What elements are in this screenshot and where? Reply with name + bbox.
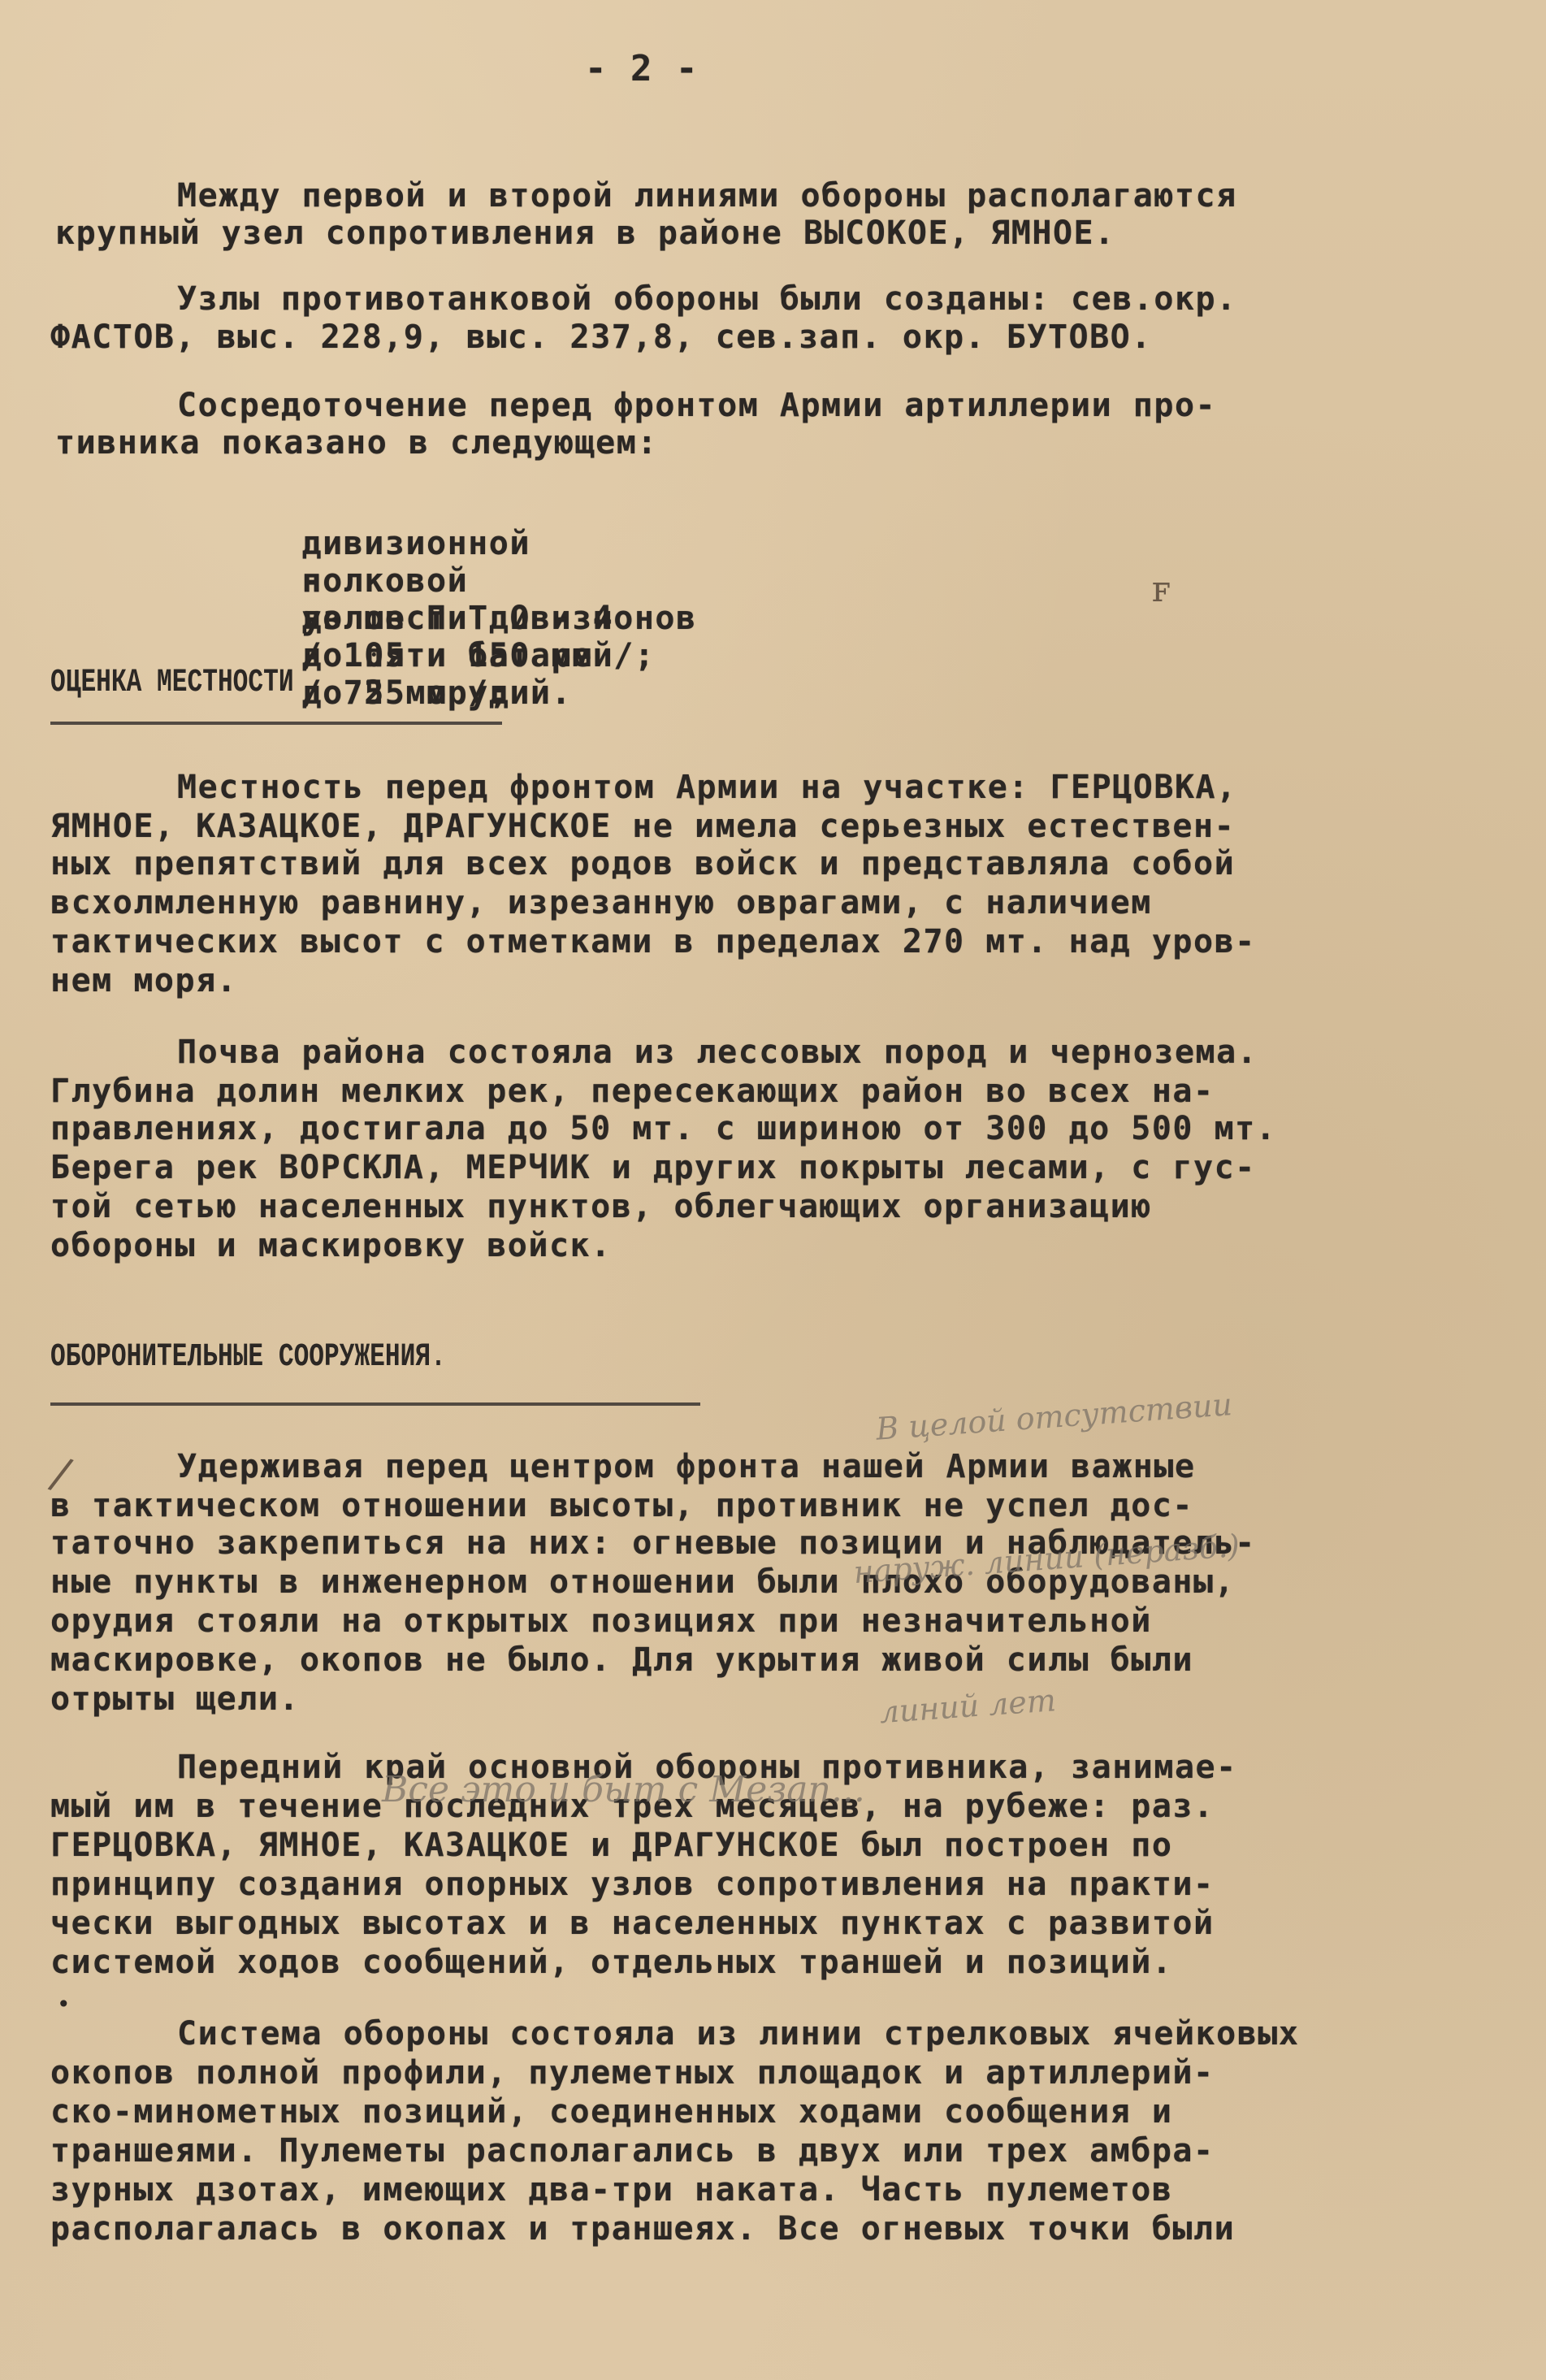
text-line: траншеями. Пулеметы располагались в двух…	[50, 2132, 1215, 2170]
text-line: отрыты щели.	[50, 1680, 300, 1718]
section-heading-terrain: ОЦЕНКА МЕСТНОСТИ .	[50, 665, 324, 701]
text-line: тивника показано в следующем:	[55, 424, 658, 462]
text-line: нем моря.	[50, 962, 237, 999]
text-line: той сетью населенных пунктов, облегчающи…	[50, 1188, 1152, 1225]
text-line: ЯМНОЕ, КАЗАЦКОЕ, ДРАГУНСКОЕ не имела сер…	[50, 808, 1235, 845]
paragraph-defense-system: Система обороны состояла из линии стрелк…	[0, 0, 83, 299]
handwritten-line: линий лет	[878, 1663, 1254, 1736]
handwritten-inline-note: Все это и быт с Мезап...	[382, 1689, 865, 1892]
text-line: обороны и маскировку войск.	[50, 1227, 612, 1264]
text-line: крупный узел сопротивления в районе ВЫСО…	[55, 215, 1115, 252]
text-line: окопов полной профили, пулеметных площад…	[50, 2054, 1215, 2092]
text-line: Между первой и второй линиями обороны ра…	[177, 177, 1237, 215]
handwritten-line: В целой отсутствии	[874, 1381, 1233, 1453]
heading-underline	[50, 1402, 700, 1406]
handwritten-line: наруж. линии (неразб.)	[852, 1522, 1244, 1596]
page-number: - 2 -	[585, 50, 699, 88]
text-line: Сосредоточение перед фронтом Армии артил…	[177, 387, 1216, 424]
text-line: тактических высот с отметками в пределах…	[50, 923, 1256, 960]
artillery-type: узлов П Т О - 4	[302, 600, 614, 637]
text-line: Система обороны состояла из линии стрелк…	[177, 2015, 1299, 2053]
section-heading-defenses: ОБОРОНИТЕЛЬНЫЕ СООРУЖЕНИЯ.	[50, 1339, 446, 1376]
document-page: - 2 - Между первой и второй линиями обор…	[0, 0, 1546, 2380]
text-line: зурных дзотах, имеющих два-три наката. Ч…	[50, 2171, 1172, 2209]
text-line: Местность перед фронтом Армии на участке…	[177, 769, 1237, 806]
handwritten-margin-note: В целой отсутствии наруж. линии (неразб.…	[868, 1286, 1260, 1828]
pencil-check-mark-icon: ꜰ	[1152, 569, 1171, 610]
text-line: чески выгодных высотах и в населенных пу…	[50, 1905, 1215, 1942]
text-line: ФАСТОВ, выс. 228,9, выс. 237,8, сев.зап.…	[50, 319, 1152, 356]
artillery-amount: до 25 орудий.	[302, 674, 573, 712]
heading-underline	[50, 722, 502, 725]
text-line: системой ходов сообщений, отдельных тран…	[50, 1944, 1172, 1981]
text-line: Берега рек ВОРСКЛА, МЕРЧИК и других покр…	[50, 1149, 1256, 1186]
text-line: Глубина долин мелких рек, пересекающих р…	[50, 1073, 1215, 1110]
text-line: Узлы противотанковой обороны были создан…	[177, 280, 1237, 318]
text-line: всхолмленную равнину, изрезанную оврагам…	[50, 884, 1152, 921]
handwritten-line: Все это и быт с Мезап...	[382, 1770, 865, 1810]
text-line: ных препятствий для всех родов войск и п…	[50, 845, 1235, 882]
text-line: правлениях, достигала до 50 мт. с ширино…	[50, 1110, 1276, 1147]
text-line: Почва района состояла из лессовых пород …	[177, 1034, 1258, 1071]
ink-dot-mark-icon: •	[57, 1991, 71, 2018]
text-line: располагалась в окопах и траншеях. Все о…	[50, 2210, 1235, 2248]
text-line: ско-минометных позиций, соединенных хода…	[50, 2093, 1172, 2131]
